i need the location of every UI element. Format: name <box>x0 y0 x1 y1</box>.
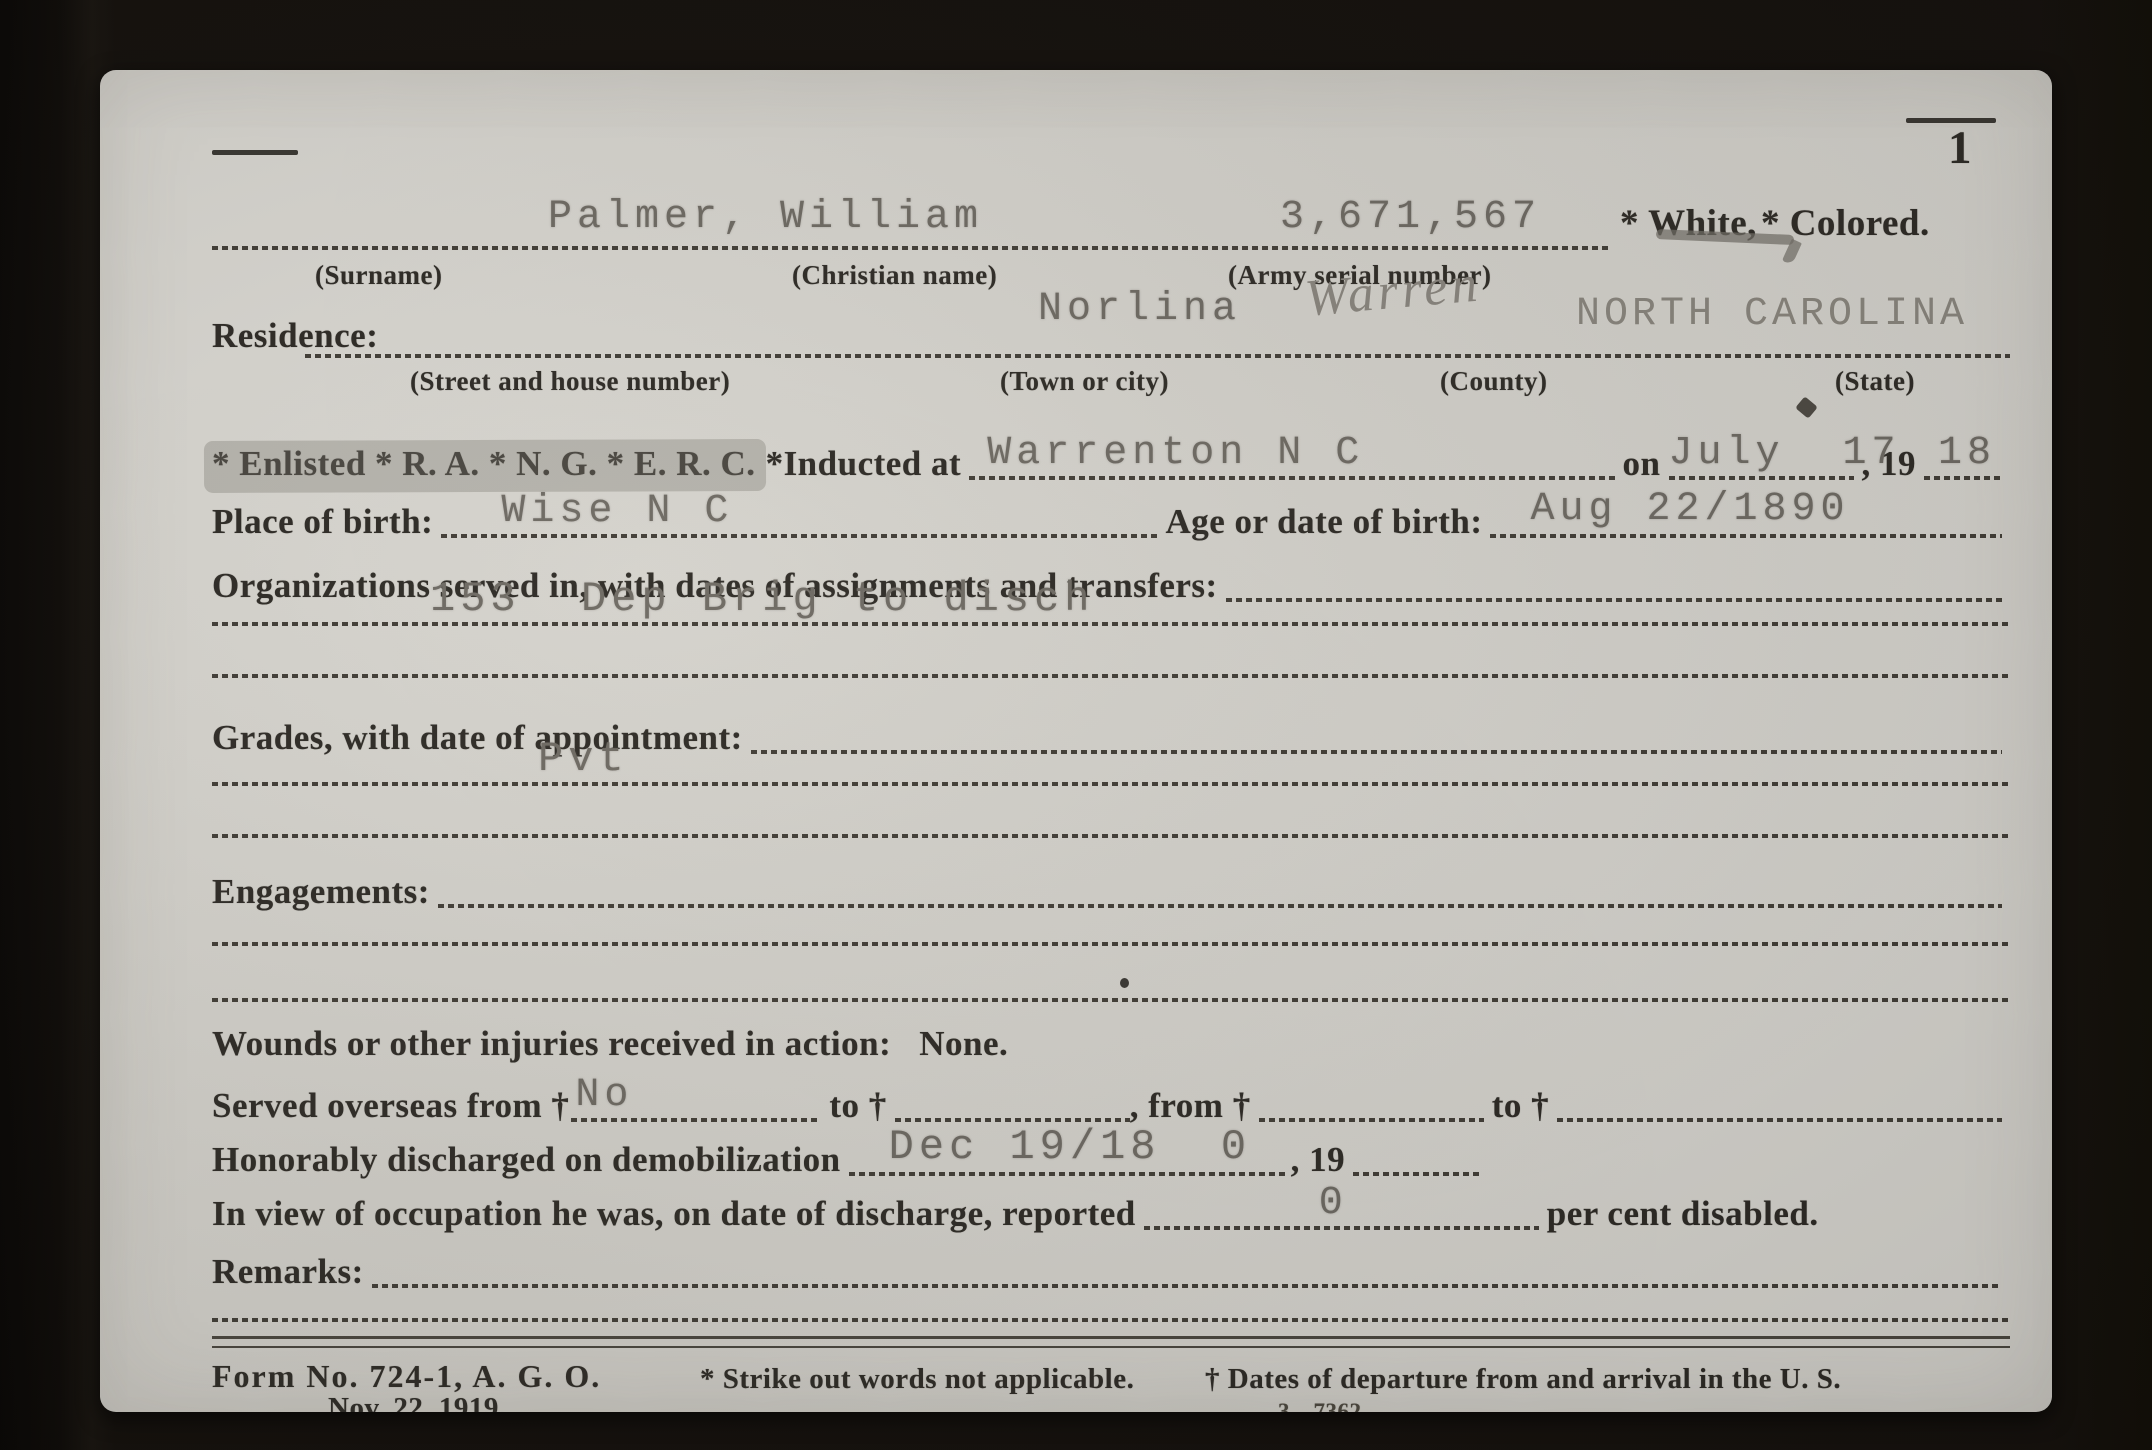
discharge-date-field: Dec 19/18 0 <box>849 1134 1289 1184</box>
overseas-from2-field <box>1259 1080 1484 1130</box>
form-date: Nov. 22, 1919. <box>328 1394 507 1412</box>
engagements-row: Engagements: <box>212 866 2010 916</box>
ruled-line <box>212 834 2010 838</box>
remarks-field <box>372 1246 2002 1296</box>
race-white-label: * White, <box>1620 205 1757 242</box>
induction-date-field: July 17 <box>1669 438 1854 488</box>
grades-field <box>751 712 2002 762</box>
record-card: 1 Palmer, William 3,671,567 * White, * C… <box>100 70 2052 1412</box>
ruled-line <box>212 622 2010 626</box>
wounds-value: None. <box>919 1026 1008 1068</box>
disability-suffix: per cent disabled. <box>1547 1196 1819 1238</box>
residence-town: Norlina <box>1038 290 1241 330</box>
discharge-label: Honorably discharged on demobilization <box>212 1142 841 1184</box>
discharge-row-spacer <box>1491 1134 2010 1184</box>
dagger-note: † Dates of departure from and arrival in… <box>1205 1365 1841 1394</box>
overseas-to2-field <box>1557 1080 2002 1130</box>
disability-label: In view of occupation he was, on date of… <box>212 1196 1136 1238</box>
state-label: (State) <box>1835 368 1915 395</box>
strike-note: * Strike out words not applicable. <box>700 1365 1134 1394</box>
grades-row: Grades, with date of appointment: <box>212 712 2010 762</box>
ruled-line <box>212 998 2010 1002</box>
remarks-label: Remarks: <box>212 1254 364 1296</box>
street-label: (Street and house number) <box>410 368 730 395</box>
inducted-label: *Inducted at <box>766 446 962 488</box>
disability-value: 0 <box>1319 1184 1348 1224</box>
organizations-field <box>1226 560 2002 610</box>
discharge-date: Dec 19/18 0 <box>889 1126 1251 1168</box>
birthdate-label: Age or date of birth: <box>1165 504 1482 546</box>
surname-label: (Surname) <box>315 262 443 289</box>
birthplace-value: Wise N C <box>501 492 733 532</box>
town-label: (Town or city) <box>1000 368 1169 395</box>
overseas-from-value: No <box>575 1076 633 1116</box>
ruled-line <box>212 674 2010 678</box>
wounds-row: Wounds or other injuries received in act… <box>212 1018 2010 1068</box>
overseas-to-label: to † <box>829 1088 886 1130</box>
birthdate-field: Aug 22/1890 <box>1490 496 2002 546</box>
overseas-label: Served overseas from † <box>212 1088 569 1130</box>
ruled-line <box>212 1318 2010 1322</box>
ink-blot <box>1795 396 1818 418</box>
disability-row: In view of occupation he was, on date of… <box>212 1188 2010 1238</box>
birthplace-field: Wise N C <box>441 496 1157 546</box>
pencil-strike-enlistment <box>204 439 766 493</box>
county-label: (County) <box>1440 368 1548 395</box>
ruled-line <box>212 942 2010 946</box>
residence-state: NORTH CAROLINA <box>1576 292 1968 337</box>
grades-label: Grades, with date of appointment: <box>212 720 743 762</box>
name-underline <box>212 246 1610 250</box>
ink-dot <box>1120 978 1129 988</box>
grades-entry: Pvt <box>538 738 629 780</box>
army-serial-number: 3,671,567 <box>1280 198 1541 238</box>
birthplace-label: Place of birth: <box>212 504 433 546</box>
footer-rule-top <box>212 1336 2010 1339</box>
wounds-label: Wounds or other injuries received in act… <box>212 1026 891 1068</box>
induction-date: July 17 <box>1669 434 1901 474</box>
scan-background: 1 Palmer, William 3,671,567 * White, * C… <box>0 0 2152 1450</box>
organizations-entry: 153 Dep Brig to disch <box>430 578 1095 620</box>
form-number: Form No. 724-1, A. G. O. <box>212 1360 601 1392</box>
induction-place: Warrenton N C <box>987 434 1364 474</box>
print-code: 3—7362 <box>1278 1400 1362 1412</box>
enlistment-options: * Enlisted * R. A. * N. G. * E. R. C. <box>212 446 756 488</box>
induction-year: 18 <box>1938 434 1996 474</box>
discharge-year-field <box>1353 1134 1483 1184</box>
enlistment-row: * Enlisted * R. A. * N. G. * E. R. C. *I… <box>212 438 2010 488</box>
birth-row: Place of birth: Wise N C Age or date of … <box>212 496 2010 546</box>
remarks-row: Remarks: <box>212 1246 2010 1296</box>
page-number: 1 <box>1948 125 1972 172</box>
on-label: on <box>1623 446 1661 488</box>
discharge-year-printed: , 19 <box>1291 1142 1346 1184</box>
ruled-line <box>212 782 2010 786</box>
disability-field: 0 <box>1144 1188 1539 1238</box>
residence-label: Residence: <box>212 318 378 353</box>
corner-dash-left <box>212 150 298 155</box>
overseas-to2-label: to † <box>1492 1088 1549 1130</box>
residence-underline <box>305 354 2010 358</box>
soldier-name: Palmer, William <box>548 198 983 238</box>
discharge-row: Honorably discharged on demobilization D… <box>212 1134 2010 1184</box>
christian-name-label: (Christian name) <box>792 262 997 289</box>
footer-rule-bottom <box>212 1346 2010 1348</box>
engagements-label: Engagements: <box>212 874 430 916</box>
overseas-from-field: No <box>571 1080 821 1130</box>
induction-year-field: 18 <box>1924 438 2002 488</box>
engagements-field <box>438 866 2002 916</box>
induction-place-field: Warrenton N C <box>969 438 1614 488</box>
birthdate-value: Aug 22/1890 <box>1530 490 1849 530</box>
